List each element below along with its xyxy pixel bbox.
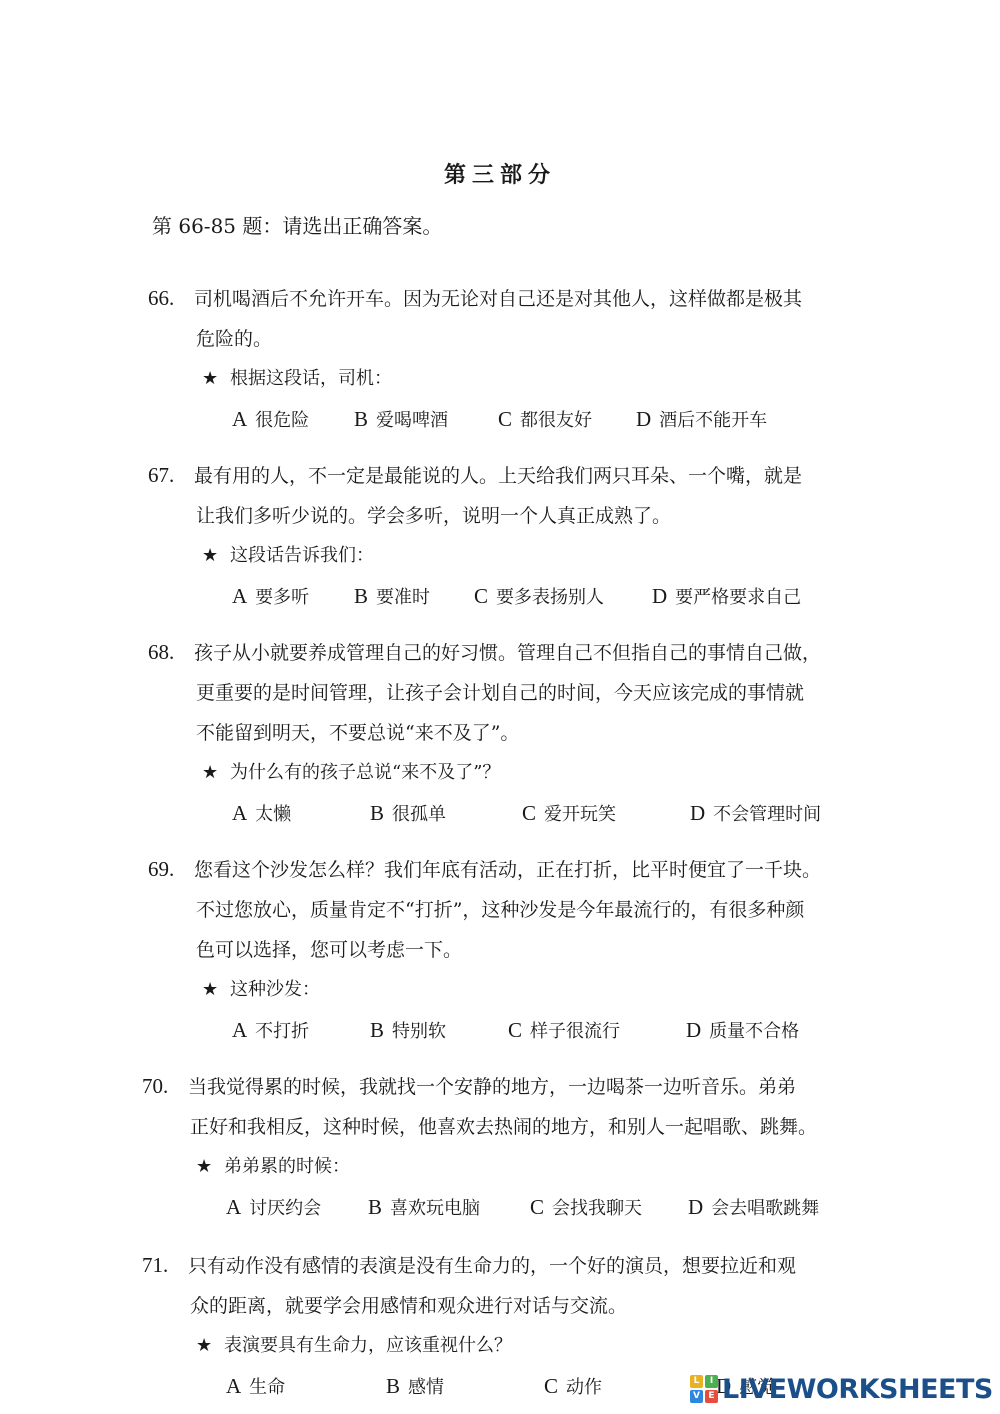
logo-text: LIVEWORKSHEETS [722,1374,993,1405]
question-text: 正好和我相反，这种时候，他喜欢去热闹的地方，和别人一起唱歌、跳舞。 [142,1107,862,1147]
star-icon: ★ [196,1326,224,1366]
star-icon: ★ [196,1147,224,1187]
option-b[interactable]: B特别软 [370,1010,446,1052]
option-b[interactable]: B要准时 [354,576,430,618]
options-row: A要多听 B要准时 C要多表扬别人 D要严格要求自己 [148,576,868,616]
question-text: 众的距离，就要学会用感情和观众进行对话与交流。 [142,1286,862,1326]
option-d[interactable]: D会去唱歌跳舞 [688,1187,819,1229]
question-prompt: 这段话告诉我们： [230,545,374,566]
options-row: A太懒 B很孤单 C爱开玩笑 D不会管理时间 [148,793,868,833]
question-text: 司机喝酒后不允许开车。因为无论对自己还是对其他人，这样做都是极其 [194,288,802,310]
options-row: A很危险 B爱喝啤酒 C都很友好 D酒后不能开车 [148,399,868,439]
question-68: 68.孩子从小就要养成管理自己的好习惯。管理自己不但指自己的事情自己做， 更重要… [148,632,868,833]
option-b[interactable]: B喜欢玩电脑 [368,1187,480,1229]
question-text: 色可以选择，您可以考虑一下。 [148,930,868,970]
section-title: 第三部分 [0,158,1000,189]
question-number: 69. [148,849,194,889]
option-a[interactable]: A要多听 [232,576,309,618]
option-d[interactable]: D质量不合格 [686,1010,799,1052]
option-d[interactable]: D要严格要求自己 [652,576,801,618]
option-a[interactable]: A很危险 [232,399,309,441]
option-a[interactable]: A生命 [226,1366,285,1408]
question-text: 只有动作没有感情的表演是没有生命力的，一个好的演员，想要拉近和观 [188,1255,796,1277]
question-66: 66.司机喝酒后不允许开车。因为无论对自己还是对其他人，这样做都是极其 危险的。… [148,278,868,439]
option-c[interactable]: C要多表扬别人 [474,576,604,618]
option-a[interactable]: A太懒 [232,793,291,835]
option-c[interactable]: C动作 [544,1366,602,1408]
liveworksheets-logo: L I V E LIVEWORKSHEETS [690,1372,993,1406]
options-row: A讨厌约会 B喜欢玩电脑 C会找我聊天 D会去唱歌跳舞 [142,1187,862,1227]
question-prompt: 这种沙发： [230,979,320,1000]
question-number: 67. [148,455,194,495]
star-icon: ★ [202,753,230,793]
question-70: 70.当我觉得累的时候，我就找一个安静的地方，一边喝茶一边听音乐。弟弟 正好和我… [142,1066,862,1227]
question-text: 孩子从小就要养成管理自己的好习惯。管理自己不但指自己的事情自己做， [194,642,821,664]
option-a[interactable]: A讨厌约会 [226,1187,321,1229]
question-text: 让我们多听少说的。学会多听，说明一个人真正成熟了。 [148,496,868,536]
options-row: A不打折 B特别软 C样子很流行 D质量不合格 [148,1010,868,1050]
option-c[interactable]: C会找我聊天 [530,1187,642,1229]
option-b[interactable]: B很孤单 [370,793,446,835]
question-prompt: 为什么有的孩子总说“来不及了”？ [230,762,500,783]
option-a[interactable]: A不打折 [232,1010,309,1052]
question-number: 71. [142,1245,188,1285]
question-text: 最有用的人，不一定是最能说的人。上天给我们两只耳朵、一个嘴，就是 [194,465,802,487]
option-b[interactable]: B爱喝啤酒 [354,399,448,441]
logo-tiles-icon: L I V E [690,1375,718,1403]
question-text: 您看这个沙发怎么样？我们年底有活动，正在打折，比平时便宜了一千块。 [194,859,821,881]
question-text: 不过您放心，质量肯定不“打折”，这种沙发是今年最流行的，有很多种颜 [148,890,868,930]
question-prompt: 弟弟累的时候： [224,1156,350,1177]
question-text: 当我觉得累的时候，我就找一个安静的地方，一边喝茶一边听音乐。弟弟 [188,1076,796,1098]
question-number: 68. [148,632,194,672]
question-69: 69.您看这个沙发怎么样？我们年底有活动，正在打折，比平时便宜了一千块。 不过您… [148,849,868,1050]
star-icon: ★ [202,970,230,1010]
star-icon: ★ [202,536,230,576]
option-d[interactable]: D酒后不能开车 [636,399,767,441]
instructions: 第 66-85 题：请选出正确答案。 [152,210,442,239]
option-c[interactable]: C都很友好 [498,399,592,441]
question-prompt: 根据这段话，司机： [230,368,392,389]
question-number: 70. [142,1066,188,1106]
option-d[interactable]: D不会管理时间 [690,793,821,835]
question-text: 不能留到明天，不要总说“来不及了”。 [148,713,868,753]
question-number: 66. [148,278,194,318]
star-icon: ★ [202,359,230,399]
question-prompt: 表演要具有生命力，应该重视什么？ [224,1335,512,1356]
option-b[interactable]: B感情 [386,1366,444,1408]
question-text: 危险的。 [148,319,868,359]
option-c[interactable]: C爱开玩笑 [522,793,616,835]
question-67: 67.最有用的人，不一定是最能说的人。上天给我们两只耳朵、一个嘴，就是 让我们多… [148,455,868,616]
option-c[interactable]: C样子很流行 [508,1010,620,1052]
question-text: 更重要的是时间管理，让孩子会计划自己的时间，今天应该完成的事情就 [148,673,868,713]
